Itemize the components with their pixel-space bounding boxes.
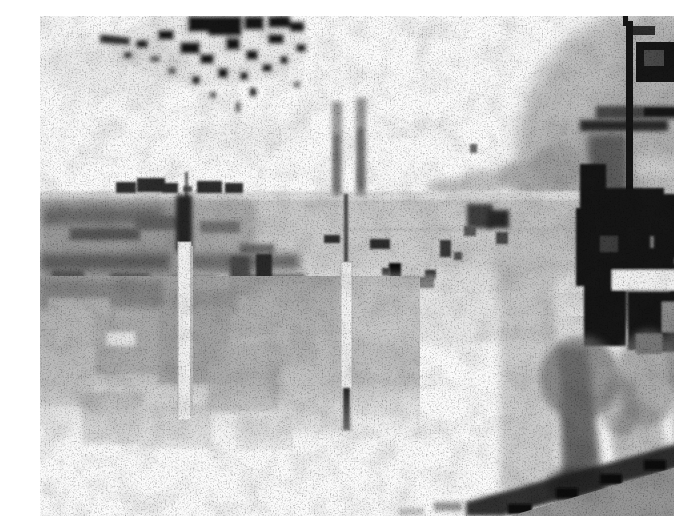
film-grain: [40, 16, 674, 516]
photo-canvas: Grainy monochrome photograph of a floode…: [40, 16, 674, 516]
photograph: Grainy monochrome photograph of a floode…: [40, 16, 674, 516]
